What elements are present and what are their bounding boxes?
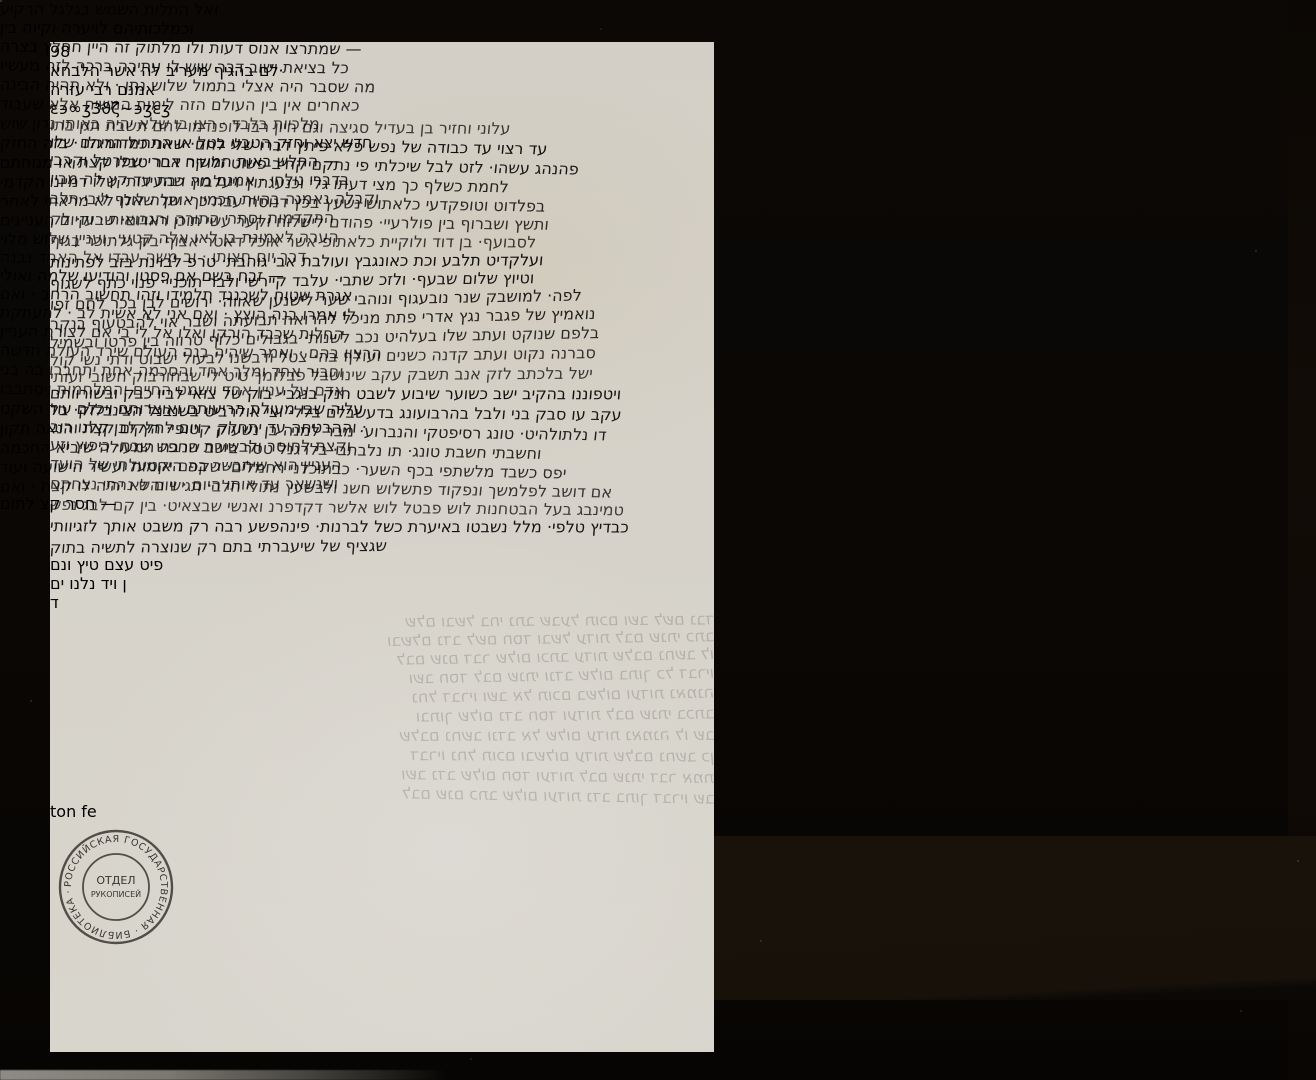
background-below-right-page bbox=[698, 836, 1316, 1000]
manuscript-line: מלכיות בלבד · רצו בו שלא יהיה באותו נדון… bbox=[0, 114, 382, 134]
stamp-outer-text: РОССИЙСКАЯ ГОСУДАРСТВЕННАЯ · БИБЛИОТЕКА … bbox=[63, 834, 169, 940]
bleedthrough-text-block: שלם ובשל בחי נתב שבעל תוכם ושב לשם נבדוב… bbox=[50, 612, 714, 802]
table-edge-strip bbox=[0, 1070, 560, 1080]
manuscript-line: אדם על עניין אחד וישמט החיים והמלחמות וי… bbox=[0, 379, 382, 400]
faint-letter-mark: ד bbox=[50, 593, 59, 612]
photo-stage: 98 לם בהגיף מעריב לה אשר הלבחא· אמנם רבי… bbox=[0, 0, 1316, 1080]
manuscript-line: וחבור אחד ומלך אחד והסכמה אחת יתחברו בה … bbox=[0, 360, 382, 382]
manuscript-line: וההבטחה עד יתחלק · ויום לחלקים קצת והנאה… bbox=[0, 417, 382, 437]
stamp-center-text-1: ОТДЕЛ bbox=[96, 874, 135, 887]
manuscript-line: כאחרים אין בין העולם הזה לימות המשיח אלא… bbox=[0, 94, 382, 115]
stamp-center-text-2: РУКОПИСЕЙ bbox=[91, 888, 141, 899]
manuscript-line: שגציף של שיעברתי בתם רק שנוצרה לתשיה בתו… bbox=[50, 534, 714, 557]
manuscript-line: חדש יצא וחזק הטבע בטל או התחיל הרגלו · ב… bbox=[0, 133, 382, 153]
manuscript-line: ואל התלות השמש בגלגל הרקיע bbox=[0, 0, 382, 20]
svg-text:РОССИЙСКАЯ ГОСУДАРСТВЕННАЯ · Б: РОССИЙСКАЯ ГОСУДАРСТВЕННАЯ · БИБЛИОТЕКА … bbox=[63, 834, 169, 940]
manuscript-line: מה שסבר היה אצלי בתמול שלוש נתן · ולא תה… bbox=[0, 75, 382, 97]
library-stamp: РОССИЙСКАЯ ГОСУДАРСТВЕННАЯ · БИБЛИОТЕКА … bbox=[50, 821, 714, 957]
manuscript-line: ושנשאר עד אותו היום · ויום לא יהיה לו קצ… bbox=[0, 473, 382, 495]
main-text-block: ואל התלות השמש בגלגל הרקיעוכמלכותיהם לוי… bbox=[0, 0, 382, 494]
interlinear-insertion: פיט עצם טיץ ונם bbox=[50, 555, 714, 574]
manuscript-line: זבח בשם אם פסטו והודיעו שלמה ואולי — bbox=[0, 266, 382, 285]
interlinear-insertion: ן ויד נלנו ים bbox=[50, 574, 714, 593]
manuscript-line: עליה שבו מעולת הריעותם ואוצרותם ויכלם עו… bbox=[0, 399, 382, 418]
closing-formula: חסר קצ לתום — bbox=[0, 494, 382, 513]
manuscript-line: הערה לאמונת בן לאו אלה קטע · ועניין שלוש… bbox=[0, 227, 382, 248]
manuscript-line: החלש באות המשיח דבר טבלו קצת או מנוחתם — bbox=[0, 151, 382, 172]
manuscript-line: אגרת שטוח לשכנגד תלמידו וזהו תחשוב הרחב … bbox=[0, 284, 382, 305]
manuscript-line: דרך יום חצותו · וב משה עבדו אל האחד נבנה bbox=[0, 246, 382, 266]
right-manuscript-page: ואל התלות השמש בגלגל הרקיעוכמלכותיהם לוי… bbox=[0, 0, 382, 513]
